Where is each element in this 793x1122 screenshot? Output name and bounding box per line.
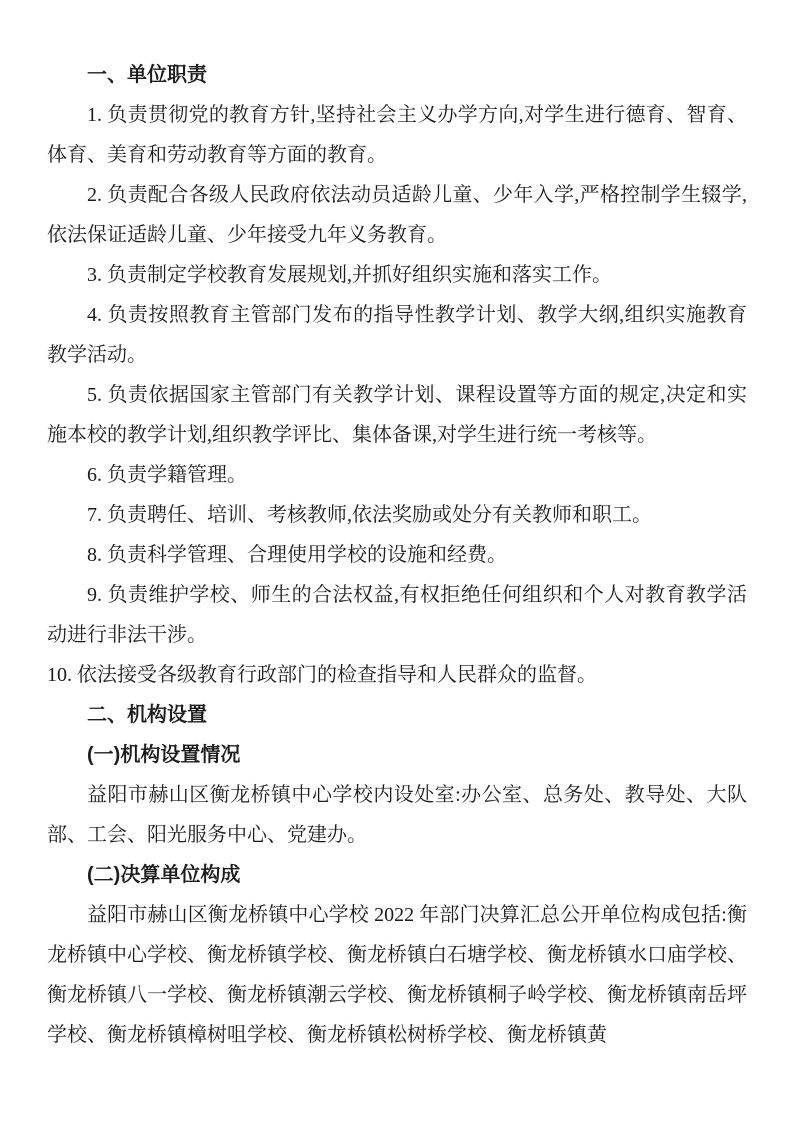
duty-item-2: 2. 负责配合各级人民政府依法动员适龄儿童、少年入学,严格控制学生辍学,依法保证… bbox=[47, 175, 747, 255]
budget-units-paragraph: 益阳市赫山区衡龙桥镇中心学校 2022 年部门决算汇总公开单位构成包括:衡龙桥镇… bbox=[47, 895, 747, 1055]
document-page: 一、单位职责 1. 负责贯彻党的教育方针,坚持社会主义办学方向,对学生进行德育、… bbox=[0, 0, 793, 1122]
section-2-1-subheading: (一)机构设置情况 bbox=[47, 735, 747, 775]
duty-item-1: 1. 负责贯彻党的教育方针,坚持社会主义办学方向,对学生进行德育、智育、体育、美… bbox=[47, 95, 747, 175]
duty-item-8: 8. 负责科学管理、合理使用学校的设施和经费。 bbox=[47, 535, 747, 575]
duty-item-7: 7. 负责聘任、培训、考核教师,依法奖励或处分有关教师和职工。 bbox=[47, 495, 747, 535]
duty-item-4: 4. 负责按照教育主管部门发布的指导性教学计划、教学大纲,组织实施教育教学活动。 bbox=[47, 295, 747, 375]
section-2-2-subheading: (二)决算单位构成 bbox=[47, 855, 747, 895]
org-structure-paragraph: 益阳市赫山区衡龙桥镇中心学校内设处室:办公室、总务处、教导处、大队部、工会、阳光… bbox=[47, 775, 747, 855]
duty-item-6: 6. 负责学籍管理。 bbox=[47, 455, 747, 495]
duty-item-3: 3. 负责制定学校教育发展规划,并抓好组织实施和落实工作。 bbox=[47, 255, 747, 295]
duty-item-9: 9. 负责维护学校、师生的合法权益,有权拒绝任何组织和个人对教育教学活动进行非法… bbox=[47, 575, 747, 655]
duty-item-5: 5. 负责依据国家主管部门有关教学计划、课程设置等方面的规定,决定和实施本校的教… bbox=[47, 375, 747, 455]
section-2-heading: 二、机构设置 bbox=[47, 695, 747, 735]
duty-item-10: 10. 依法接受各级教育行政部门的检查指导和人民群众的监督。 bbox=[47, 655, 747, 695]
section-1-heading: 一、单位职责 bbox=[47, 55, 747, 95]
